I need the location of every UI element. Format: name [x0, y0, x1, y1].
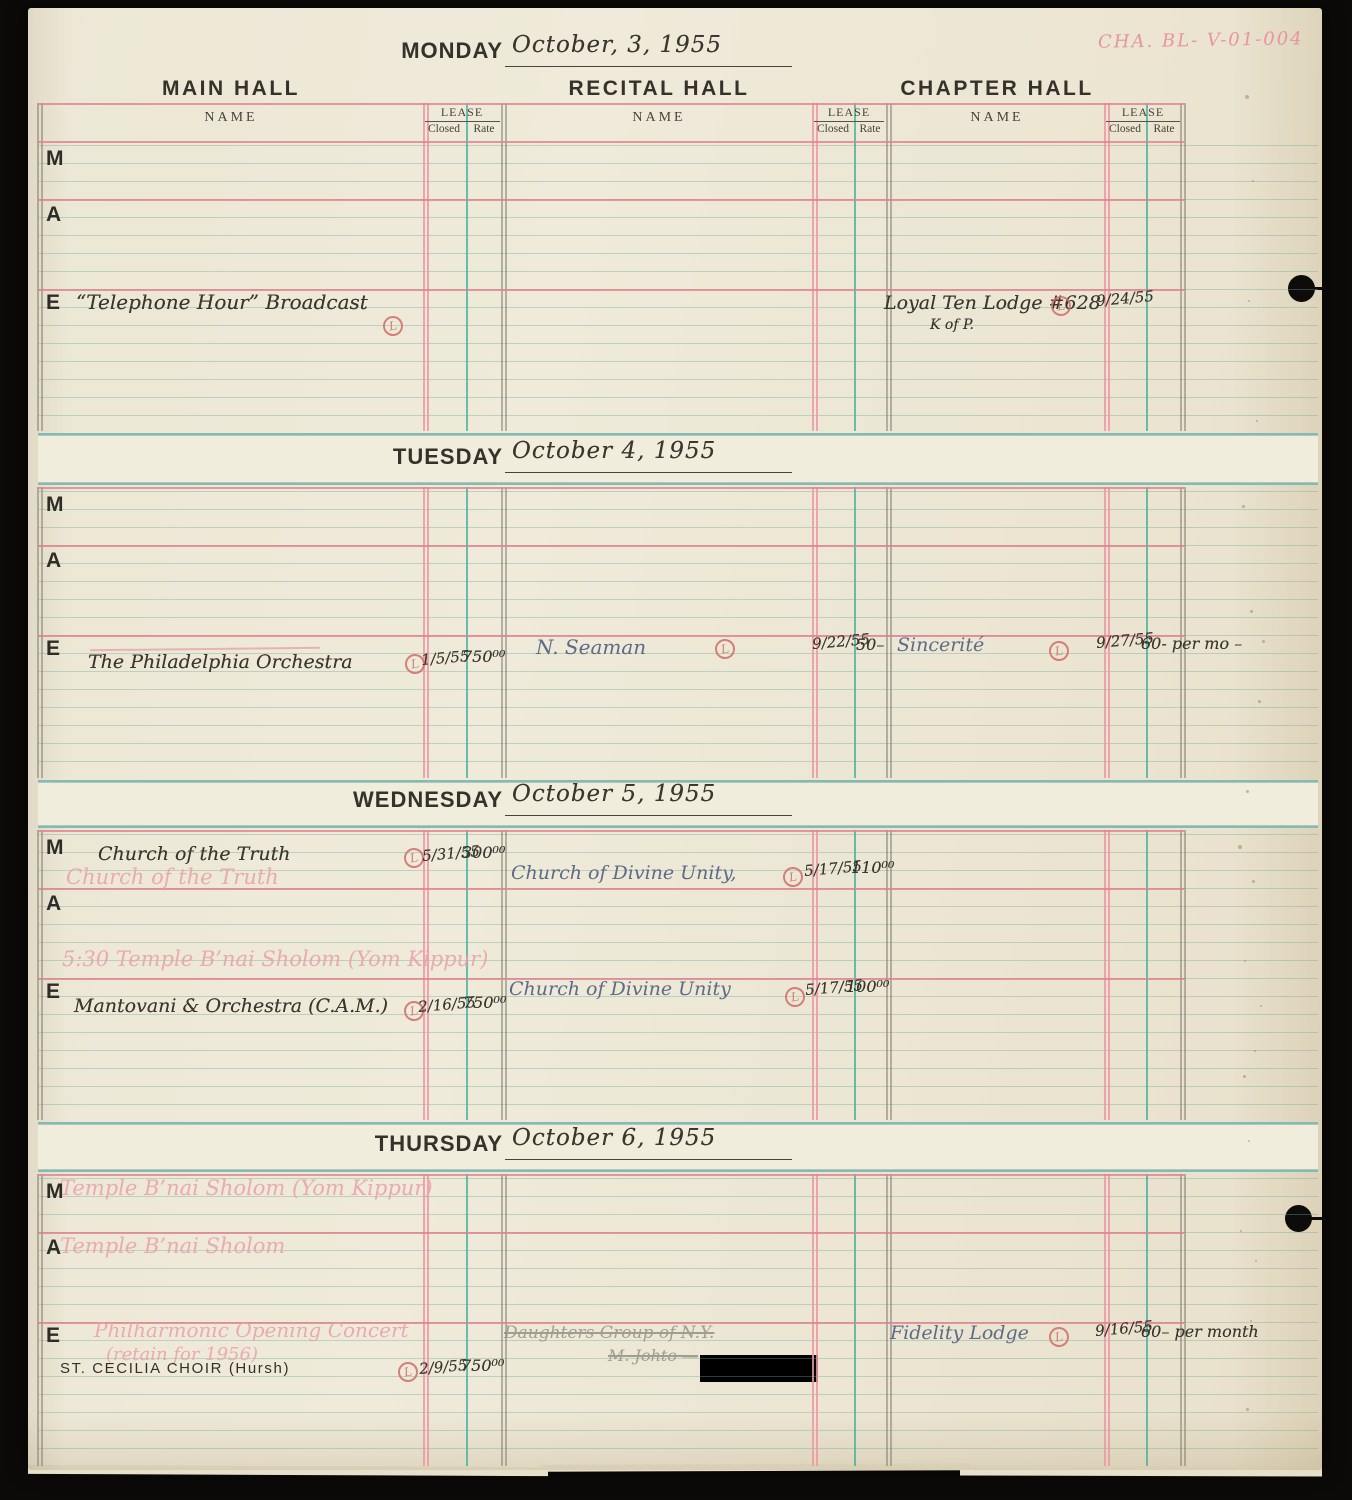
- column-header-name: NAME: [151, 110, 311, 126]
- day-date-handwritten: October 4, 1955: [512, 439, 716, 463]
- booking-entry-sub: M. Johto —: [608, 1348, 698, 1365]
- ruled-lines: [38, 145, 1318, 431]
- lease-rate: 50–: [856, 637, 884, 654]
- section-rule-red: [38, 830, 1184, 832]
- booking-entry: Church of Divine Unity: [509, 980, 731, 1000]
- lease-underline: [814, 121, 884, 122]
- scan-speckle: [1260, 1005, 1262, 1007]
- vertical-rule: [816, 103, 818, 431]
- lease-rate: 60- per mo –: [1141, 636, 1242, 653]
- vertical-rule: [890, 1174, 892, 1466]
- vertical-rule: [1146, 103, 1148, 431]
- vertical-rule: [466, 830, 468, 1120]
- column-header-rate: Rate: [1139, 123, 1189, 135]
- vertical-rule: [890, 103, 892, 431]
- vertical-rule: [423, 103, 425, 431]
- vertical-rule: [466, 103, 468, 431]
- scan-speckle: [1250, 1320, 1252, 1322]
- lease-underline: [1106, 121, 1180, 122]
- scan-speckle: [1240, 1230, 1242, 1232]
- column-header-name: NAME: [579, 110, 739, 126]
- row-label: A: [46, 549, 61, 573]
- vertical-rule: [812, 487, 814, 778]
- lease-rate: 750⁰⁰: [462, 649, 505, 666]
- row-label: A: [46, 892, 61, 916]
- vertical-rule: [423, 830, 425, 1120]
- paper-torn-edge: [960, 1466, 1322, 1477]
- vertical-rule: [886, 1174, 888, 1466]
- row-label: M: [46, 836, 64, 860]
- vertical-rule: [37, 103, 39, 431]
- vertical-rule: [1104, 1174, 1106, 1466]
- paper-torn-edge: [28, 1465, 548, 1476]
- vertical-rule: [1184, 830, 1186, 1120]
- scan-speckle: [1246, 1408, 1249, 1411]
- scan-speckle: [1243, 1075, 1246, 1078]
- day-date-handwritten: October 6, 1955: [512, 1126, 716, 1150]
- vertical-rule: [505, 830, 507, 1120]
- lease-rate: 110⁰⁰: [851, 860, 894, 877]
- booking-entry: Church of Divine Unity,: [511, 864, 736, 884]
- row-label: E: [46, 637, 60, 661]
- vertical-rule: [886, 103, 888, 431]
- scan-speckle: [1238, 845, 1242, 849]
- vertical-rule: [1108, 103, 1110, 431]
- hall-title: CHAPTER HALL: [837, 77, 1157, 101]
- section-rule-red: [38, 487, 1184, 489]
- vertical-rule: [41, 1174, 43, 1466]
- lease-rate: 750⁰⁰: [461, 1358, 504, 1375]
- column-header-lease: LEASE: [809, 105, 889, 120]
- vertical-rule: [1180, 103, 1182, 431]
- lease-rate: 300⁰⁰: [462, 845, 505, 862]
- vertical-rule: [501, 830, 503, 1120]
- day-title: THURSDAY: [203, 1131, 503, 1157]
- scan-speckle: [1242, 505, 1245, 508]
- vertical-rule: [505, 487, 507, 778]
- scan-speckle: [1244, 960, 1246, 962]
- booking-entry: Church of the Truth: [66, 866, 279, 888]
- vertical-rule: [816, 487, 818, 778]
- booking-entry: Church of the Truth: [98, 845, 291, 865]
- vertical-rule: [854, 103, 856, 431]
- vertical-rule: [1180, 487, 1182, 778]
- column-header-name: NAME: [917, 110, 1077, 126]
- vertical-rule: [427, 830, 429, 1120]
- day-title: WEDNESDAY: [203, 787, 503, 813]
- booking-entry: Temple B’nai Sholom (Yom Kippur): [60, 1177, 433, 1199]
- booking-entry: Mantovani & Orchestra (C.A.M.): [74, 997, 388, 1017]
- vertical-rule: [41, 830, 43, 1120]
- booking-entry: “Telephone Hour” Broadcast: [76, 292, 368, 313]
- row-label: E: [46, 1324, 60, 1348]
- vertical-rule: [427, 1174, 429, 1466]
- vertical-rule: [1184, 103, 1186, 431]
- scan-speckle: [1255, 1260, 1257, 1262]
- row-label: A: [46, 1236, 61, 1260]
- scan-speckle: [1258, 700, 1261, 703]
- vertical-rule: [501, 1174, 503, 1466]
- scanned-ledger-page: CHA. BL- V-01-004 MAIN HALLRECITAL HALLC…: [0, 0, 1352, 1500]
- hall-title: MAIN HALL: [71, 77, 391, 101]
- vertical-rule: [41, 103, 43, 431]
- day-title: MONDAY: [203, 38, 503, 64]
- vertical-rule: [466, 1174, 468, 1466]
- vertical-rule: [812, 1174, 814, 1466]
- lease-underline: [425, 121, 500, 122]
- vertical-rule: [466, 487, 468, 778]
- vertical-rule: [423, 1174, 425, 1466]
- row-label: M: [46, 147, 64, 171]
- section-rule-red: [38, 103, 1184, 105]
- scan-speckle: [1252, 880, 1255, 883]
- vertical-rule: [1108, 830, 1110, 1120]
- booking-entry: Sincerité: [897, 636, 984, 656]
- scan-speckle: [1246, 790, 1249, 793]
- vertical-rule: [423, 487, 425, 778]
- archive-ref-code: CHA. BL- V-01-004: [1098, 28, 1304, 53]
- day-date-handwritten: October 5, 1955: [512, 782, 716, 806]
- scan-speckle: [1250, 610, 1253, 613]
- vertical-rule: [890, 487, 892, 778]
- vertical-rule: [501, 103, 503, 431]
- booking-entry: 5:30 Temple B’nai Sholom (Yom Kippur): [62, 948, 488, 970]
- column-header-lease: LEASE: [1103, 105, 1183, 120]
- vertical-rule: [1184, 1174, 1186, 1466]
- scan-speckle: [1248, 1140, 1250, 1142]
- scan-speckle: [1256, 420, 1258, 422]
- vertical-rule: [505, 1174, 507, 1466]
- lease-rate: 100⁰⁰: [846, 979, 889, 996]
- row-label: M: [46, 493, 64, 517]
- booking-entry: N. Seaman: [536, 637, 646, 658]
- column-header-rate: Rate: [845, 123, 895, 135]
- booking-entry: ST. CECILIA CHOIR (Hursh): [60, 1361, 290, 1377]
- vertical-rule: [812, 103, 814, 431]
- vertical-rule: [505, 103, 507, 431]
- vertical-rule: [37, 830, 39, 1120]
- lease-rate: 750⁰⁰: [463, 995, 506, 1012]
- section-rule-red: [38, 545, 1184, 547]
- vertical-rule: [427, 103, 429, 431]
- date-underline: [505, 815, 792, 816]
- vertical-rule: [1180, 1174, 1182, 1466]
- row-label: A: [46, 203, 61, 227]
- lease-rate: 60– per month: [1141, 1324, 1259, 1341]
- vertical-rule: [1146, 830, 1148, 1120]
- vertical-rule: [854, 1174, 856, 1466]
- vertical-rule: [1184, 487, 1186, 778]
- vertical-rule: [816, 1174, 818, 1466]
- scan-speckle: [1248, 300, 1250, 302]
- day-date-handwritten: October, 3, 1955: [512, 33, 722, 57]
- booking-entry-sub: K of P.: [930, 318, 974, 333]
- column-header-rate: Rate: [459, 123, 509, 135]
- row-label: E: [46, 291, 60, 315]
- section-rule-red: [38, 199, 1184, 201]
- scan-speckle: [1254, 1050, 1256, 1052]
- booking-entry: Fidelity Lodge: [890, 1324, 1029, 1344]
- column-header-lease: LEASE: [422, 105, 502, 120]
- vertical-rule: [1180, 830, 1182, 1120]
- scan-speckle: [1252, 180, 1254, 182]
- vertical-rule: [886, 487, 888, 778]
- date-underline: [505, 66, 792, 67]
- booking-entry: Philharmonic Opening Concert: [94, 1320, 409, 1341]
- booking-entry: The Philadelphia Orchestra: [88, 653, 353, 673]
- vertical-rule: [1104, 830, 1106, 1120]
- scan-speckle: [1262, 640, 1265, 643]
- date-underline: [505, 1159, 792, 1160]
- booking-entry: Temple B’nai Sholom: [60, 1235, 285, 1257]
- vertical-rule: [37, 487, 39, 778]
- vertical-rule: [1104, 103, 1106, 431]
- section-rule-red: [38, 141, 1184, 143]
- vertical-rule: [427, 487, 429, 778]
- vertical-rule: [41, 487, 43, 778]
- vertical-rule: [37, 1174, 39, 1466]
- day-title: TUESDAY: [203, 444, 503, 470]
- scan-speckle: [1245, 95, 1249, 99]
- date-underline: [505, 472, 792, 473]
- hall-title: RECITAL HALL: [499, 77, 819, 101]
- vertical-rule: [501, 487, 503, 778]
- booking-entry: Daughters Group of N.Y.: [504, 1325, 714, 1343]
- row-label: E: [46, 980, 60, 1004]
